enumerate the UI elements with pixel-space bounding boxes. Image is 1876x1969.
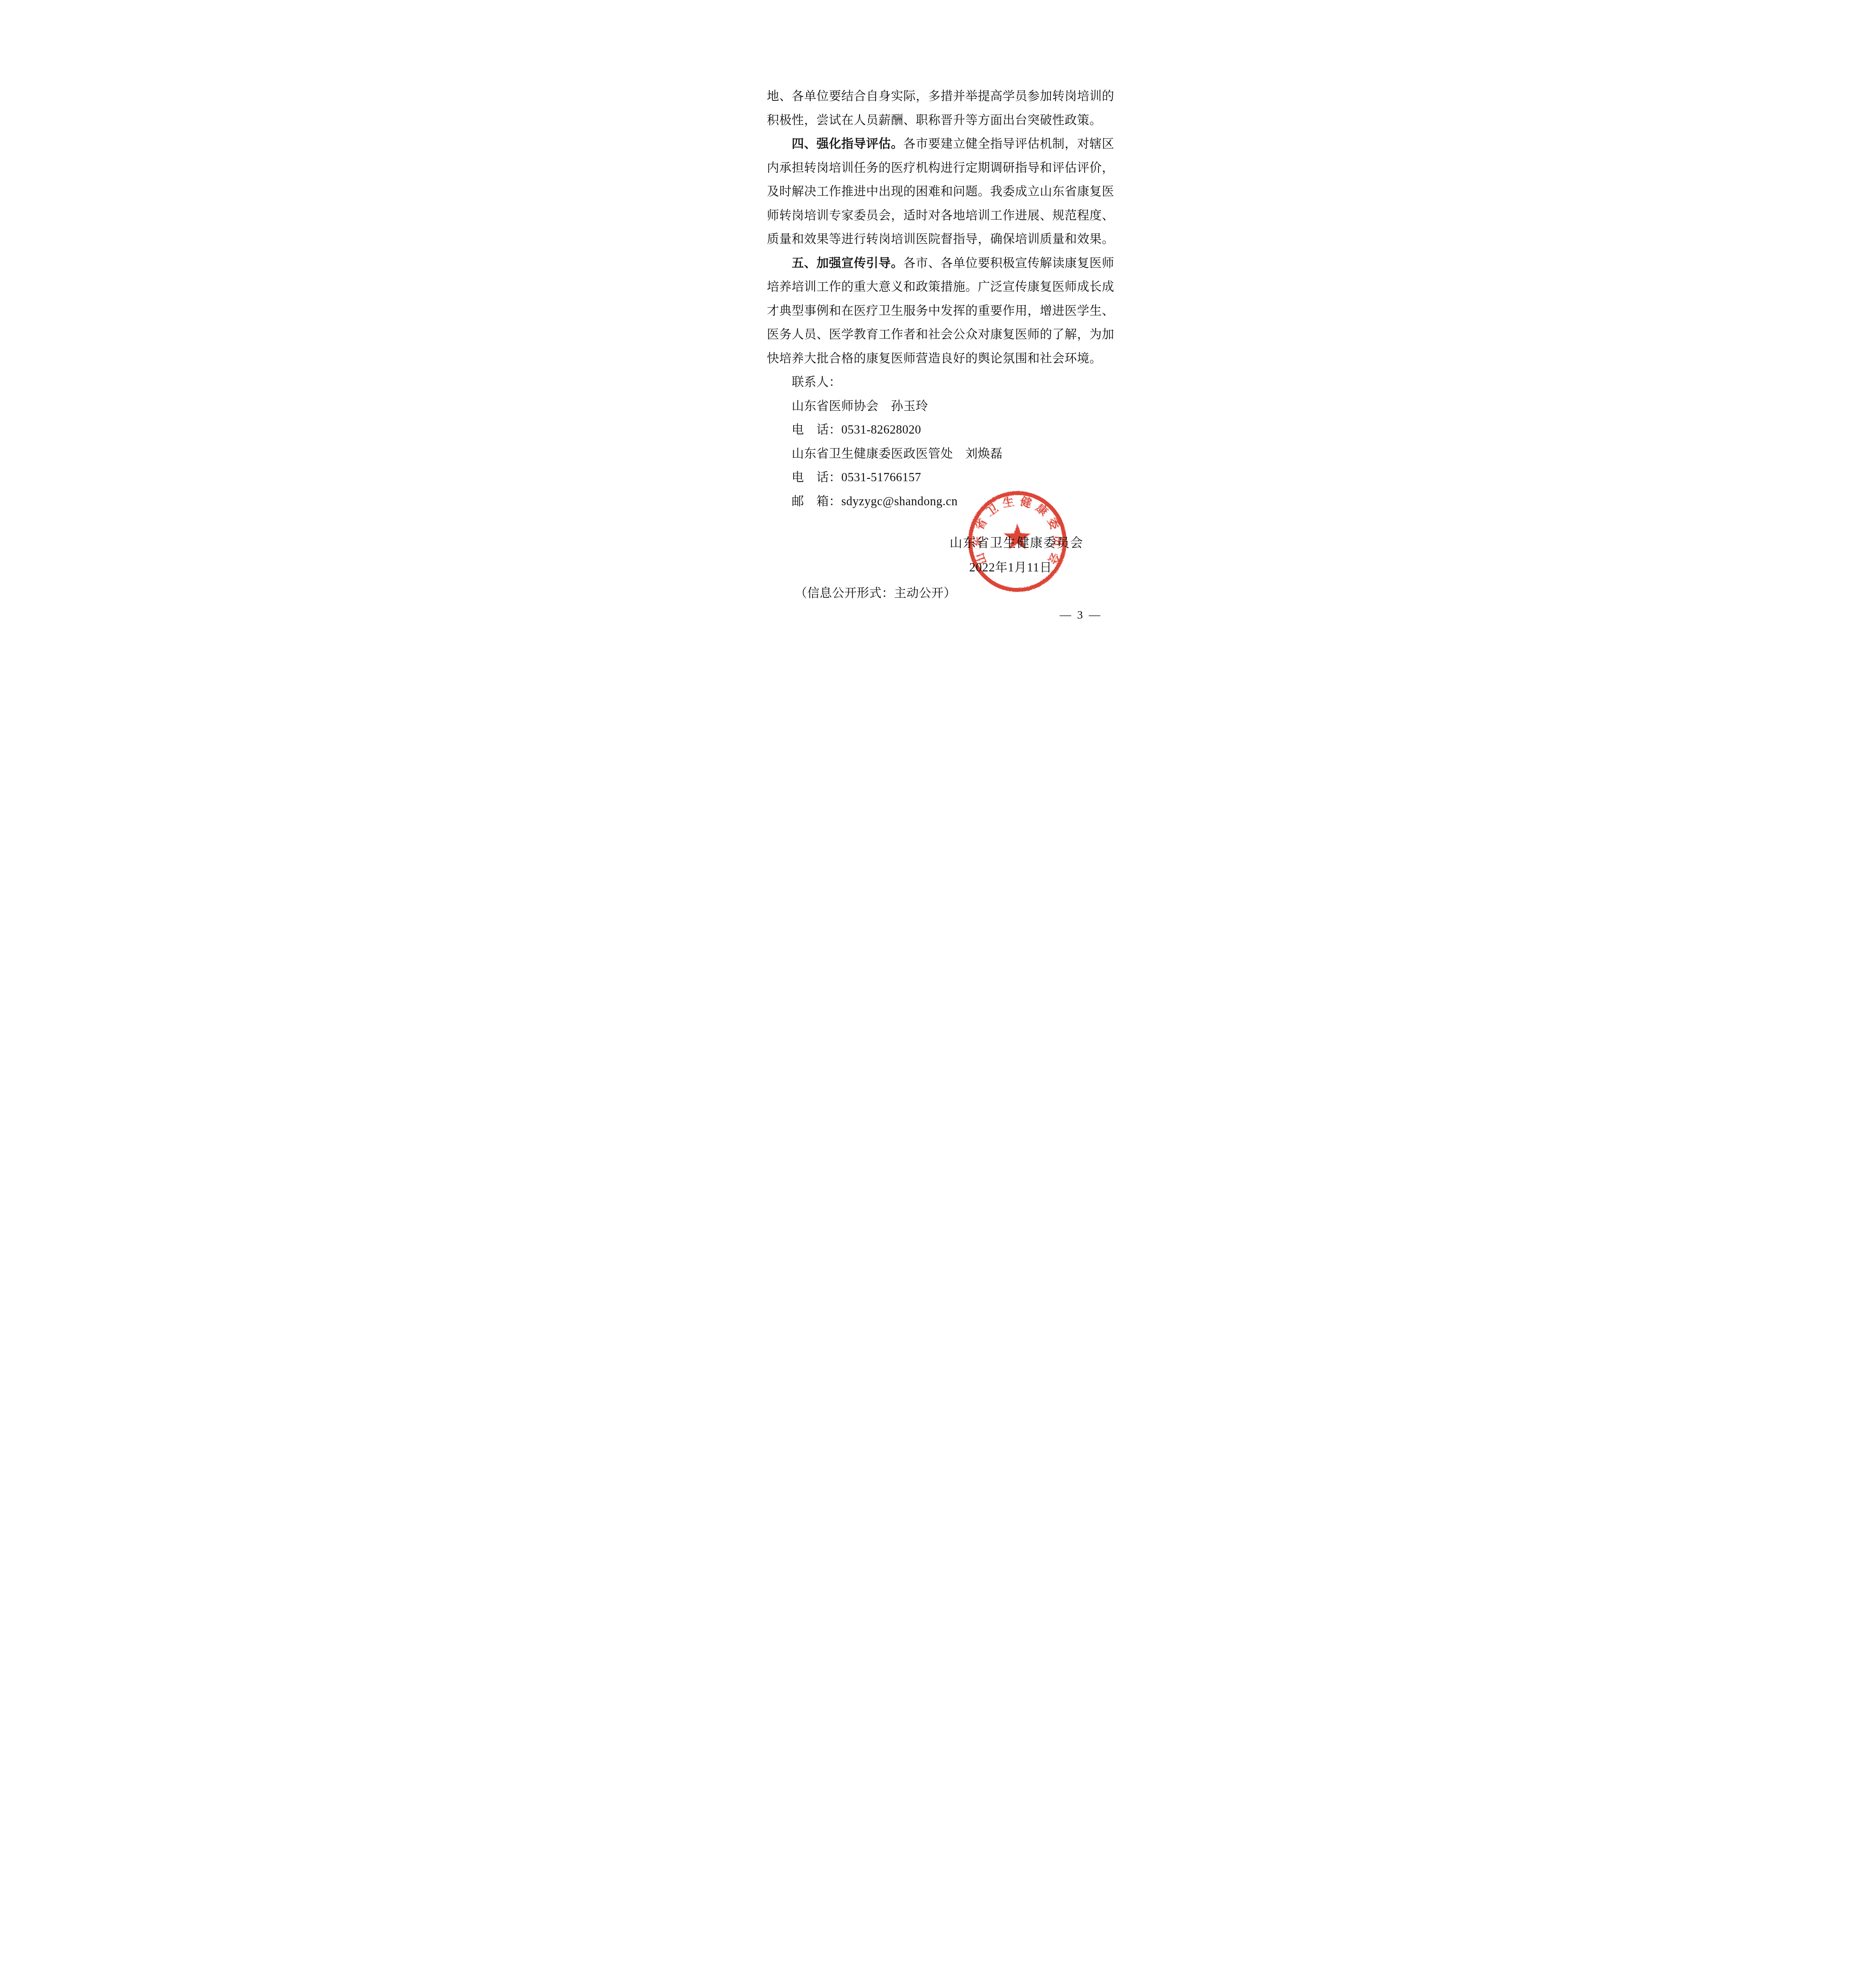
body-line: 快培养大批合格的康复医师营造良好的舆论氛围和社会环境。 (767, 347, 1116, 371)
body-line: 五、加强宣传引导。各市、各单位要积极宣传解读康复医师 (767, 251, 1116, 275)
body-line: 才典型事例和在医疗卫生服务中发挥的重要作用，增进医学生、 (767, 299, 1116, 323)
body-line: 山东省医师协会 孙玉玲 (767, 394, 1116, 418)
signature-date: 2022年1月11日 (969, 556, 1052, 579)
body-line: 积极性，尝试在人员薪酬、职称晋升等方面出台突破性政策。 (767, 108, 1116, 132)
body-line: 四、强化指导评估。各市要建立健全指导评估机制，对辖区 (767, 132, 1116, 156)
body-line: 地、各单位要结合自身实际，多措并举提高学员参加转岗培训的 (767, 84, 1116, 108)
signature-org: 山东省卫生健康委员会 (950, 531, 1084, 554)
body-line: 内承担转岗培训任务的医疗机构进行定期调研指导和评估评价， (767, 156, 1116, 180)
body-line: 及时解决工作推进中出现的困难和问题。我委成立山东省康复医 (767, 180, 1116, 204)
body-line: 师转岗培训专家委员会，适时对各地培训工作进展、规范程度、 (767, 204, 1116, 228)
page-number: — 3 — (1060, 604, 1102, 626)
body-line: 培养培训工作的重大意义和政策措施。广泛宣传康复医师成长成 (767, 275, 1116, 299)
document-page: 地、各单位要结合自身实际，多措并举提高学员参加转岗培训的积极性，尝试在人员薪酬、… (703, 0, 1173, 663)
body-line: 电 话：0531-82628020 (767, 418, 1116, 442)
body-line-heading: 五、加强宣传引导。 (792, 256, 904, 270)
body-line-heading: 四、强化指导评估。 (792, 137, 904, 150)
body-line: 医务人员、医学教育工作者和社会公众对康复医师的了解，为加 (767, 323, 1116, 347)
disclosure-note: （信息公开形式：主动公开） (795, 581, 956, 605)
body-line: 质量和效果等进行转岗培训医院督指导，确保培训质量和效果。 (767, 227, 1116, 251)
body-line: 联系人： (767, 370, 1116, 394)
document-body: 地、各单位要结合自身实际，多措并举提高学员参加转岗培训的积极性，尝试在人员薪酬、… (767, 84, 1116, 513)
body-line: 山东省卫生健康委医政医管处 刘焕磊 (767, 442, 1116, 466)
